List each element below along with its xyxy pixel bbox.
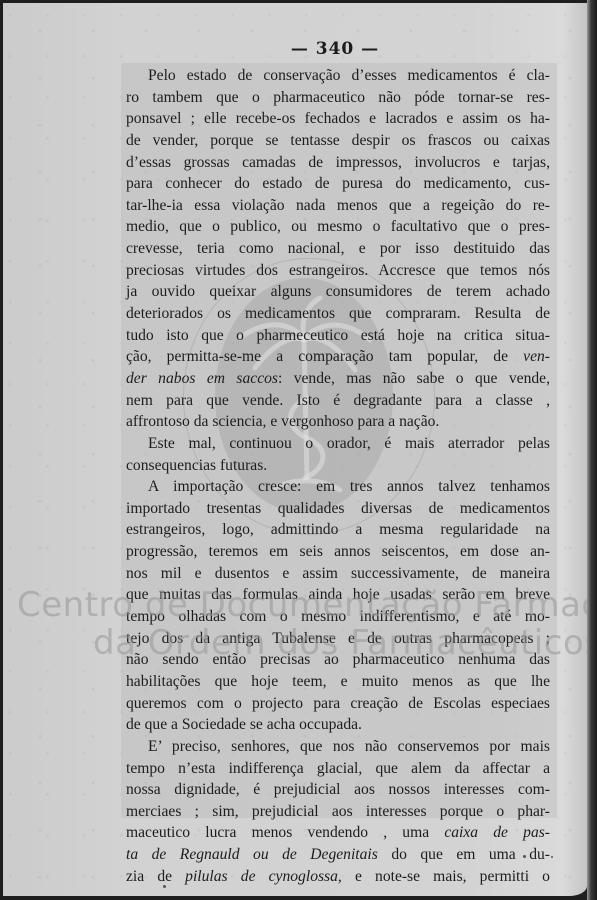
text-line: ja ouvido queixar alguns consumidores de… bbox=[126, 281, 550, 303]
text-segment: de vender, porque se tentasse despir os … bbox=[126, 132, 550, 149]
text-segment: zia de bbox=[126, 868, 185, 885]
text-segment: ção, permitta-se-me a comparação tam pop… bbox=[126, 348, 523, 365]
text-segment: tempo n’esta indifferença glacial, que a… bbox=[126, 760, 550, 777]
page-paper: — 340 — Pelo estado de conservação d’ess… bbox=[3, 3, 587, 896]
text-segment: E’ preciso, senhores, que nos não conser… bbox=[148, 738, 550, 755]
text-line: A importação cresce: em tres annos talve… bbox=[126, 476, 550, 498]
text-segment: merciaes ; sim, prejudicial aos interess… bbox=[126, 803, 550, 820]
text-segment: deteriorados os medicamentos que comprar… bbox=[126, 305, 550, 322]
text-segment: affrontoso da sciencia, e vergonhoso par… bbox=[126, 413, 439, 430]
page-binding-edge bbox=[587, 0, 597, 900]
text-line: deteriorados os medicamentos que comprar… bbox=[126, 303, 550, 325]
text-line: der nabos em saccos: vende, mas não sabe… bbox=[126, 368, 550, 390]
text-line: importado tresentas qualidades diversas … bbox=[126, 498, 550, 520]
text-segment: não sendo então precisas ao pharmaceutic… bbox=[126, 651, 550, 668]
text-segment: Este mal, continuou o orador, é mais ate… bbox=[148, 435, 550, 452]
text-line: Este mal, continuou o orador, é mais ate… bbox=[126, 433, 550, 455]
text-segment: de que a Sociedade se acha occupada. bbox=[126, 716, 362, 733]
paper-speck bbox=[523, 855, 526, 858]
text-line: tar-lhe-ia essa violação nada menos que … bbox=[126, 195, 550, 217]
text-line: Pelo estado de conservação d’esses medic… bbox=[126, 65, 550, 87]
text-line: merciaes ; sim, prejudicial aos interess… bbox=[126, 801, 550, 823]
text-segment: crevesse, teria como nacional, e por iss… bbox=[126, 240, 550, 257]
text-line: queremos com o projecto para creação de … bbox=[126, 693, 550, 715]
text-segment: queremos com o projecto para creação de … bbox=[126, 695, 550, 712]
text-segment: medio, que o publico, ou mesmo o faculta… bbox=[126, 218, 550, 235]
text-line: ta de Regnauld ou de Degenitais do que e… bbox=[126, 844, 550, 866]
text-line: crevesse, teria como nacional, e por iss… bbox=[126, 238, 550, 260]
text-segment: habilitações que hoje teem, e muito meno… bbox=[126, 673, 550, 690]
text-line: tempo n’esta indifferença glacial, que a… bbox=[126, 758, 550, 780]
text-line: preciosas virtudes dos estrangeiros. Acc… bbox=[126, 260, 550, 282]
text-segment: tar-lhe-ia essa violação nada menos que … bbox=[126, 197, 550, 214]
text-line: maceutico lucra menos vendendo , uma cai… bbox=[126, 822, 550, 844]
text-line: medio, que o publico, ou mesmo o faculta… bbox=[126, 216, 550, 238]
text-segment: nem para que vende. Isto é degradante pa… bbox=[126, 392, 550, 409]
text-segment: para conhecer do estado de puresa do med… bbox=[126, 175, 550, 192]
paper-speck bbox=[163, 885, 166, 888]
text-segment: nos mil e dusentos e assim successivamen… bbox=[126, 565, 550, 582]
text-line: ponsavel ; elle recebe-os fechados e lac… bbox=[126, 108, 550, 130]
text-line: nossa dignidade, é prejudicial aos nosso… bbox=[126, 779, 550, 801]
text-line: affrontoso da sciencia, e vergonhoso par… bbox=[126, 411, 550, 433]
text-segment: consequencias futuras. bbox=[126, 457, 267, 474]
text-line: consequencias futuras. bbox=[126, 455, 550, 477]
text-segment: ja ouvido queixar alguns consumidores de… bbox=[126, 283, 550, 300]
text-segment: preciosas virtudes dos estrangeiros. Acc… bbox=[126, 262, 550, 279]
text-line: nos mil e dusentos e assim successivamen… bbox=[126, 563, 550, 585]
page-number: — 340 — bbox=[3, 39, 587, 59]
text-line: zia de pilulas de cynoglossa, e note-se … bbox=[126, 866, 550, 888]
text-segment: d’essas grossas camadas de impressos, in… bbox=[126, 154, 550, 171]
text-line: para conhecer do estado de puresa do med… bbox=[126, 173, 550, 195]
text-line: ro tambem que o pharmaceutico não póde t… bbox=[126, 87, 550, 109]
italic-text: ven- bbox=[523, 348, 550, 365]
text-line: de que a Sociedade se acha occupada. bbox=[126, 714, 550, 736]
italic-text: caixa de pas- bbox=[444, 824, 550, 841]
italic-text: der nabos em saccos bbox=[126, 370, 278, 387]
text-line: progressão, teremos em seis annos seisce… bbox=[126, 541, 550, 563]
text-segment: nossa dignidade, é prejudicial aos nosso… bbox=[126, 781, 550, 798]
text-segment: : vende, mas não sabe o que vende, bbox=[278, 370, 550, 387]
text-line: de vender, porque se tentasse despir os … bbox=[126, 130, 550, 152]
text-line: que muitas das formulas ainda hoje usada… bbox=[126, 584, 550, 606]
text-segment: maceutico lucra menos vendendo , uma bbox=[126, 824, 444, 841]
italic-text: pilulas de cynoglossa bbox=[185, 868, 338, 885]
text-segment: ro tambem que o pharmaceutico não póde t… bbox=[126, 89, 550, 106]
text-line: tejo dos da antiga Tubalense e de outras… bbox=[126, 628, 550, 650]
scanned-page-frame: — 340 — Pelo estado de conservação d’ess… bbox=[0, 0, 597, 900]
text-line: ção, permitta-se-me a comparação tam pop… bbox=[126, 346, 550, 368]
text-line: tempo olhadas com o mesmo indifferentism… bbox=[126, 606, 550, 628]
text-line: habilitações que hoje teem, e muito meno… bbox=[126, 671, 550, 693]
text-line: tudo isto que o pharmeceutico está hoje … bbox=[126, 325, 550, 347]
text-line: E’ preciso, senhores, que nos não conser… bbox=[126, 736, 550, 758]
text-segment: ponsavel ; elle recebe-os fechados e lac… bbox=[126, 110, 550, 127]
text-line: nem para que vende. Isto é degradante pa… bbox=[126, 390, 550, 412]
text-segment: que muitas das formulas ainda hoje usada… bbox=[126, 586, 550, 603]
text-segment: tejo dos da antiga Tubalense e de outras… bbox=[126, 630, 550, 647]
text-line: estrangeiros, logo, admittindo a mesma r… bbox=[126, 519, 550, 541]
text-segment: Pelo estado de conservação d’esses medic… bbox=[148, 67, 550, 84]
paper-speck bbox=[551, 856, 553, 858]
text-segment: importado tresentas qualidades diversas … bbox=[126, 500, 550, 517]
text-line: não sendo então precisas ao pharmaceutic… bbox=[126, 649, 550, 671]
body-text: Pelo estado de conservação d’esses medic… bbox=[126, 65, 550, 887]
text-segment: , e note-se mais, permitti o bbox=[338, 868, 550, 885]
italic-text: ta de Regnauld ou de Degenitais bbox=[126, 846, 378, 863]
text-segment: progressão, teremos em seis annos seisce… bbox=[126, 543, 550, 560]
text-line: d’essas grossas camadas de impressos, in… bbox=[126, 152, 550, 174]
text-segment: A importação cresce: em tres annos talve… bbox=[148, 478, 550, 495]
text-segment: estrangeiros, logo, admittindo a mesma r… bbox=[126, 521, 550, 538]
text-segment: tempo olhadas com o mesmo indifferentism… bbox=[126, 608, 550, 625]
text-segment: tudo isto que o pharmeceutico está hoje … bbox=[126, 327, 550, 344]
